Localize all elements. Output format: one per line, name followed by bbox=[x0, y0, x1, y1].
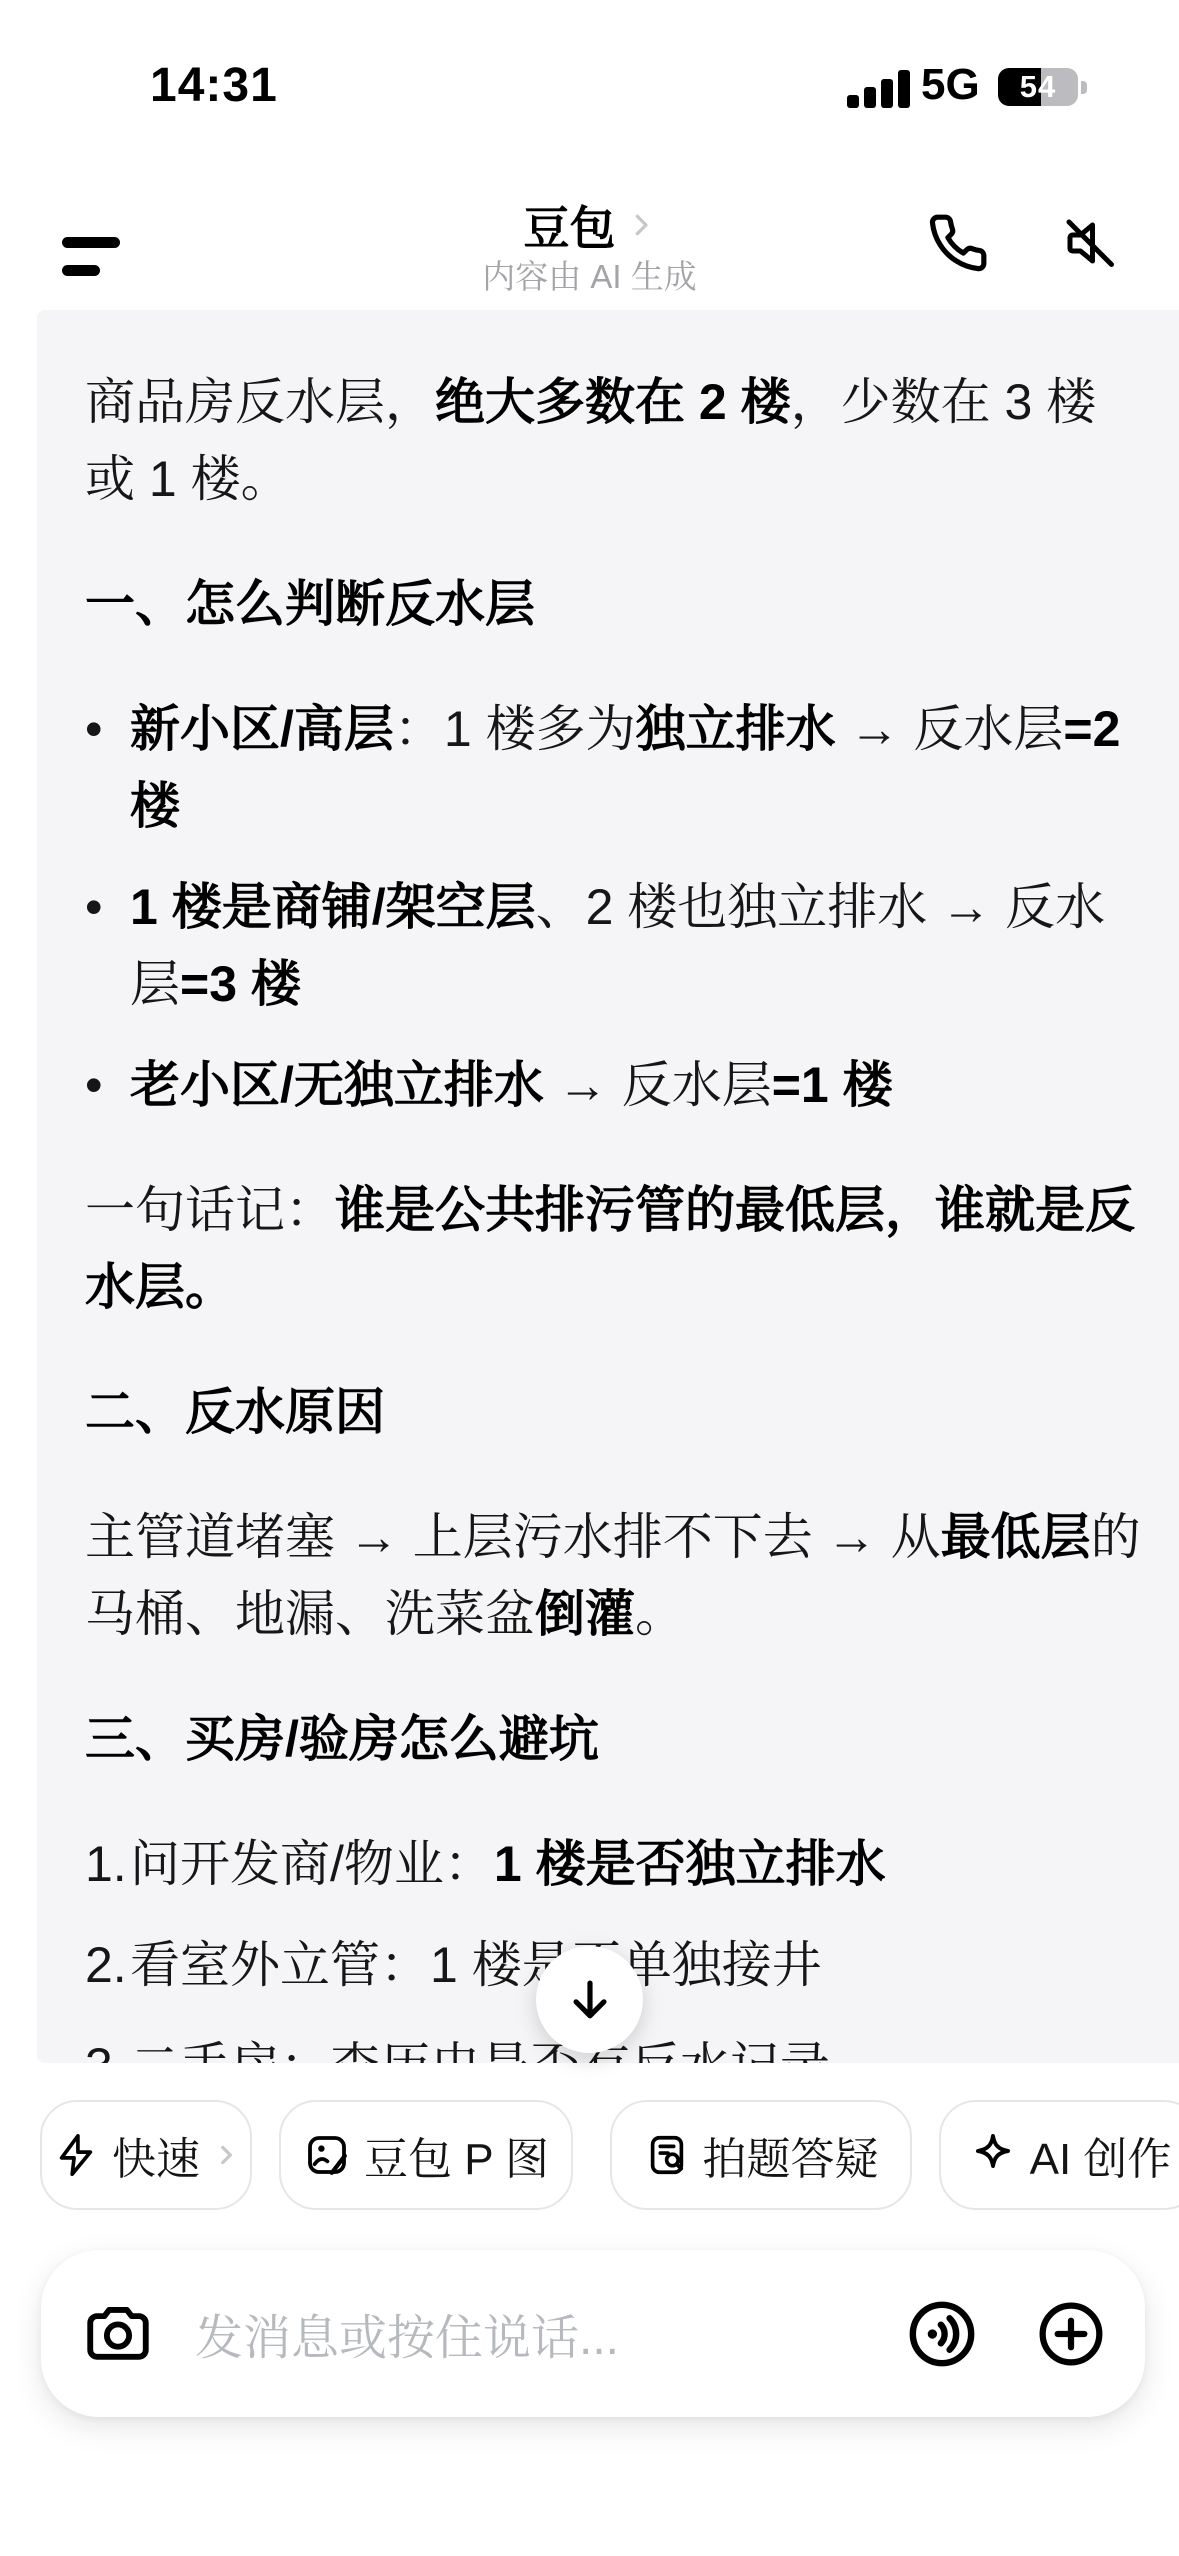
status-time: 14:31 bbox=[150, 58, 278, 113]
message-heading: 二、反水原因 bbox=[85, 1374, 1143, 1451]
pill-label: 快速 bbox=[112, 2123, 200, 2187]
message-list-item: •新小区/高层：1 楼多为独立排水 → 反水层=2 楼 bbox=[85, 691, 1143, 845]
image-edit-icon bbox=[303, 2131, 351, 2179]
message-input-bar[interactable]: 发消息或按住说话... bbox=[41, 2250, 1145, 2417]
chevron-right-icon bbox=[213, 2142, 239, 2168]
bullet-marker: • bbox=[85, 869, 130, 1023]
voice-wave-icon bbox=[907, 2299, 977, 2369]
down-arrow-icon bbox=[563, 1973, 617, 2027]
message-input[interactable]: 发消息或按住说话... bbox=[195, 2299, 907, 2368]
scroll-to-bottom-button[interactable] bbox=[536, 1946, 643, 2053]
message-list-item: •1 楼是商铺/架空层、2 楼也独立排水 → 反水层=3 楼 bbox=[85, 869, 1143, 1023]
voice-message-button[interactable] bbox=[907, 2299, 977, 2369]
sparkle-icon bbox=[969, 2131, 1017, 2179]
number-marker: 3. bbox=[85, 2028, 130, 2063]
network-type-label: 5G bbox=[921, 60, 980, 110]
mute-toggle-button[interactable] bbox=[1054, 207, 1126, 279]
phone-icon bbox=[927, 212, 989, 274]
message-list-item: •老小区/无独立排水 → 反水层=1 楼 bbox=[85, 1047, 1143, 1124]
message-list-item: 1.问开发商/物业：1 楼是否独立排水 bbox=[85, 1826, 1143, 1903]
doubao-chat-screen: 14:31 5G 54 豆包 内容由 AI 生成 商品房反水层，绝大多数在 2 … bbox=[0, 0, 1179, 2556]
doubao-photo-edit-button[interactable]: 豆包 P 图 bbox=[279, 2100, 573, 2210]
ai-generated-notice: 内容由 AI 生成 bbox=[0, 251, 1179, 298]
message-content: 商品房反水层，绝大多数在 2 楼，少数在 3 楼或 1 楼。一、怎么判断反水层•… bbox=[37, 310, 1179, 2063]
message-paragraph: 商品房反水层，绝大多数在 2 楼，少数在 3 楼或 1 楼。 bbox=[85, 364, 1143, 518]
number-marker: 2. bbox=[85, 1927, 130, 2004]
battery-cap bbox=[1081, 81, 1087, 94]
pill-label: 豆包 P 图 bbox=[364, 2123, 549, 2187]
lightning-icon bbox=[53, 2132, 99, 2178]
voice-call-button[interactable] bbox=[922, 207, 994, 279]
chat-title-group[interactable]: 豆包 bbox=[0, 192, 1179, 258]
message-paragraph: 一句话记：谁是公共排污管的最低层，谁就是反水层。 bbox=[85, 1172, 1143, 1326]
bullet-marker: • bbox=[85, 1047, 130, 1124]
page-title: 豆包 bbox=[524, 192, 616, 258]
doc-search-icon bbox=[644, 2132, 690, 2178]
bullet-marker: • bbox=[85, 691, 130, 845]
pill-label: 拍题答疑 bbox=[703, 2123, 879, 2187]
camera-button[interactable] bbox=[81, 2297, 155, 2371]
speaker-muted-icon bbox=[1060, 213, 1120, 273]
pill-label: AI 创作 bbox=[1030, 2123, 1172, 2187]
number-marker: 1. bbox=[85, 1826, 130, 1903]
camera-icon bbox=[81, 2297, 155, 2371]
photo-question-button[interactable]: 拍题答疑 bbox=[610, 2100, 912, 2210]
message-paragraph: 主管道堵塞 → 上层污水排不下去 → 从最低层的马桶、地漏、洗菜盆倒灌。 bbox=[85, 1499, 1143, 1653]
add-attachment-button[interactable] bbox=[1037, 2300, 1105, 2368]
message-heading: 三、买房/验房怎么避坑 bbox=[85, 1701, 1143, 1778]
quick-actions-button[interactable]: 快速 bbox=[40, 2100, 252, 2210]
message-heading: 一、怎么判断反水层 bbox=[85, 566, 1143, 643]
chevron-right-icon bbox=[626, 210, 656, 240]
signal-strength-icon bbox=[847, 70, 911, 108]
plus-circle-icon bbox=[1037, 2300, 1105, 2368]
ai-create-button[interactable]: AI 创作 bbox=[939, 2100, 1179, 2210]
battery-icon: 54 bbox=[998, 68, 1078, 106]
